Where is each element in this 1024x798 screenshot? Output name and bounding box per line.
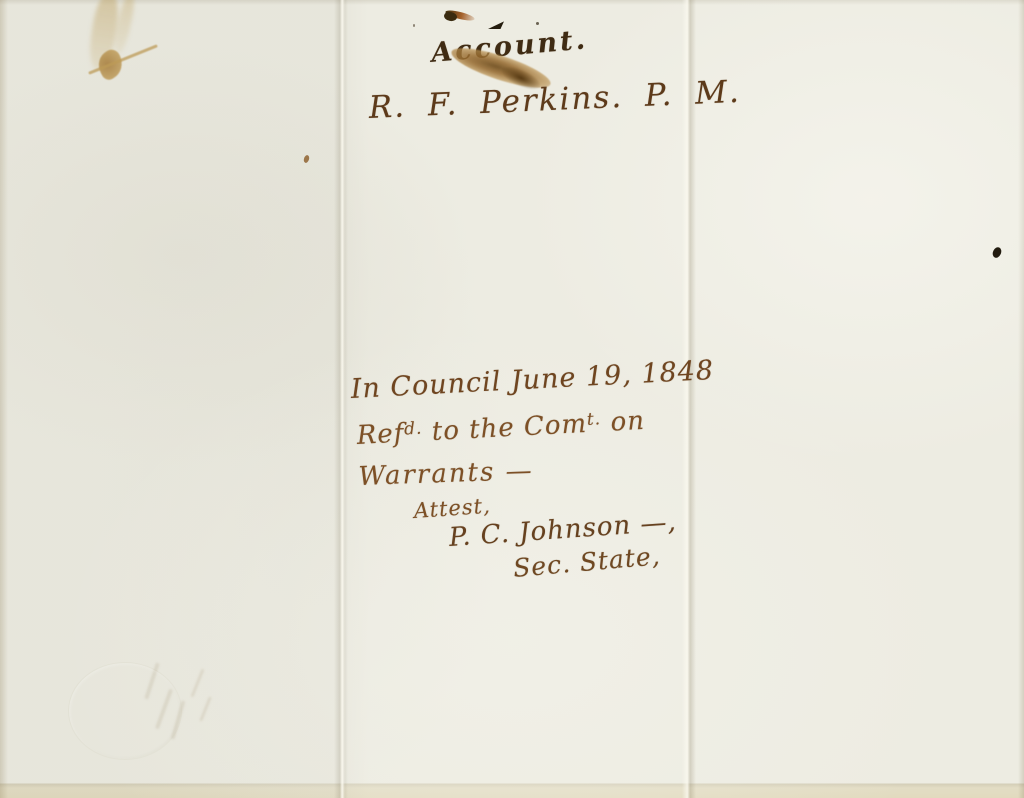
signer-title: Sec. State, — [512, 541, 662, 583]
fold-crease-right — [682, 0, 696, 798]
referral-text: on — [600, 406, 645, 438]
referral-text: Ref — [356, 419, 405, 451]
docket-addressee: R. F. Perkins. P. M. — [368, 74, 741, 126]
ink-speck-triangle — [488, 20, 504, 29]
attest-label: Attest, — [413, 494, 491, 523]
referral-superscript: d. — [404, 419, 423, 440]
endorsement-referral-line: Refd. to the Comt. on — [356, 406, 646, 451]
ink-fleck — [303, 154, 310, 163]
bleed-through-mark — [190, 669, 204, 698]
endorsement-warrants-line: Warrants — — [358, 456, 534, 492]
ink-speck-dot — [413, 24, 415, 27]
embossed-seal-impression — [68, 662, 182, 760]
endorsement-date-line: In Council June 19, 1848 — [350, 355, 715, 405]
ink-speck-dot — [536, 22, 539, 25]
bleed-through-mark — [199, 696, 212, 721]
ink-dot — [991, 246, 1003, 259]
fold-crease-left — [334, 0, 348, 798]
referral-text: to the Com — [422, 409, 588, 448]
referral-superscript: t. — [586, 409, 601, 430]
document-scan: Account. R. F. Perkins. P. M. In Council… — [0, 0, 1024, 798]
